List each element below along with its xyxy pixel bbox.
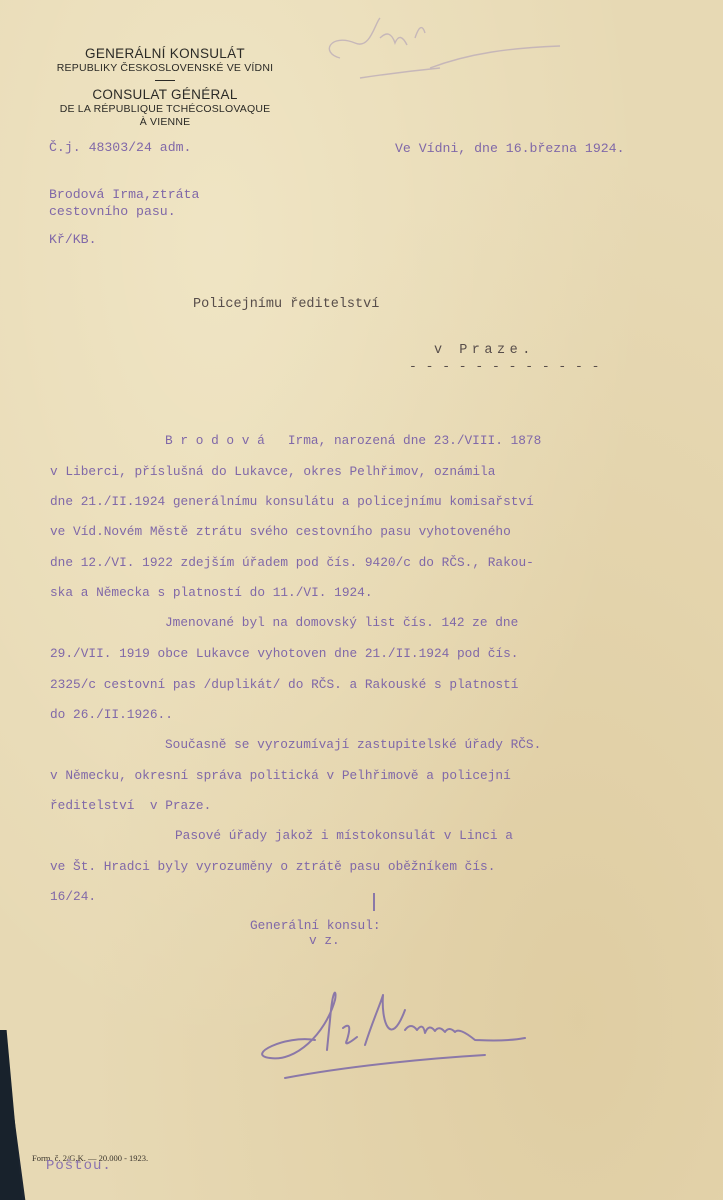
signature: Dr Novák bbox=[255, 980, 535, 1080]
addressee-city: v Praze. bbox=[434, 343, 535, 358]
letterhead-line2: REPUBLIKY ČESKOSLOVENSKÉ VE VÍDNI bbox=[40, 62, 290, 75]
addressee-underline: - - - - - - - - - - - - bbox=[409, 359, 600, 374]
pencil-mark bbox=[373, 893, 375, 911]
subject: Brodová Irma,ztráta cestovního pasu. bbox=[49, 186, 199, 220]
date-line: Ve Vídni, dne 16.března 1924. bbox=[395, 141, 625, 156]
body-line: 2325/c cestovní pas /duplikát/ do RČS. a… bbox=[50, 677, 518, 692]
subject-line: cestovního pasu. bbox=[49, 204, 176, 219]
letterhead-line1: GENERÁLNÍ KONSULÁT bbox=[40, 46, 290, 62]
letterhead: GENERÁLNÍ KONSULÁT REPUBLIKY ČESKOSLOVEN… bbox=[40, 46, 290, 129]
body-line: ve Št. Hradci byly vyrozuměny o ztrátě p… bbox=[50, 859, 495, 874]
document-page: GENERÁLNÍ KONSULÁT REPUBLIKY ČESKOSLOVEN… bbox=[0, 0, 723, 1200]
body-line: Pasové úřady jakož i místokonsulát v Lin… bbox=[175, 828, 513, 843]
letterhead-line3: CONSULAT GÉNÉRAL bbox=[40, 87, 290, 103]
body-line: dne 12./VI. 1922 zdejším úřadem pod čís.… bbox=[50, 555, 534, 570]
subject-line: Brodová Irma,ztráta bbox=[49, 187, 199, 202]
body-line: Jmenované byl na domovský list čís. 142 … bbox=[165, 615, 518, 630]
postal-stamp: Poštou. bbox=[46, 1158, 112, 1174]
body-line: 16/24. bbox=[50, 889, 96, 904]
body-line: ska a Německa s platností do 11./VI. 192… bbox=[50, 585, 373, 600]
body-line: ve Víd.Novém Městě ztrátu svého cestovní… bbox=[50, 524, 511, 539]
body-line: 29./VII. 1919 obce Lukavce vyhotoven dne… bbox=[50, 646, 518, 661]
closing-title: Generální konsul: bbox=[250, 918, 381, 933]
body-line: do 26./II.1926.. bbox=[50, 707, 173, 722]
letterhead-line4: DE LA RÉPUBLIQUE TCHÉCOSLOVAQUE bbox=[40, 103, 290, 116]
body-line: dne 21./II.1924 generálnímu konsulátu a … bbox=[50, 494, 534, 509]
initials: Kř/KB. bbox=[49, 232, 96, 247]
letterhead-line5: À VIENNE bbox=[40, 116, 290, 129]
body-line: Současně se vyrozumívají zastupitelské ú… bbox=[165, 737, 541, 752]
closing-proxy: v z. bbox=[309, 933, 340, 948]
reference-number: Č.j. 48303/24 adm. bbox=[49, 140, 191, 155]
body-line: v Německu, okresní správa politická v Pe… bbox=[50, 768, 511, 783]
body-line: B r o d o v á Irma, narozená dne 23./VII… bbox=[165, 433, 541, 448]
letterhead-divider bbox=[155, 80, 175, 81]
addressee-office: Policejnímu ředitelství bbox=[193, 297, 379, 312]
body-line: ředitelství v Praze. bbox=[50, 798, 211, 813]
pencil-annotation bbox=[320, 8, 580, 83]
body-line: v Liberci, příslušná do Lukavce, okres P… bbox=[50, 464, 495, 479]
